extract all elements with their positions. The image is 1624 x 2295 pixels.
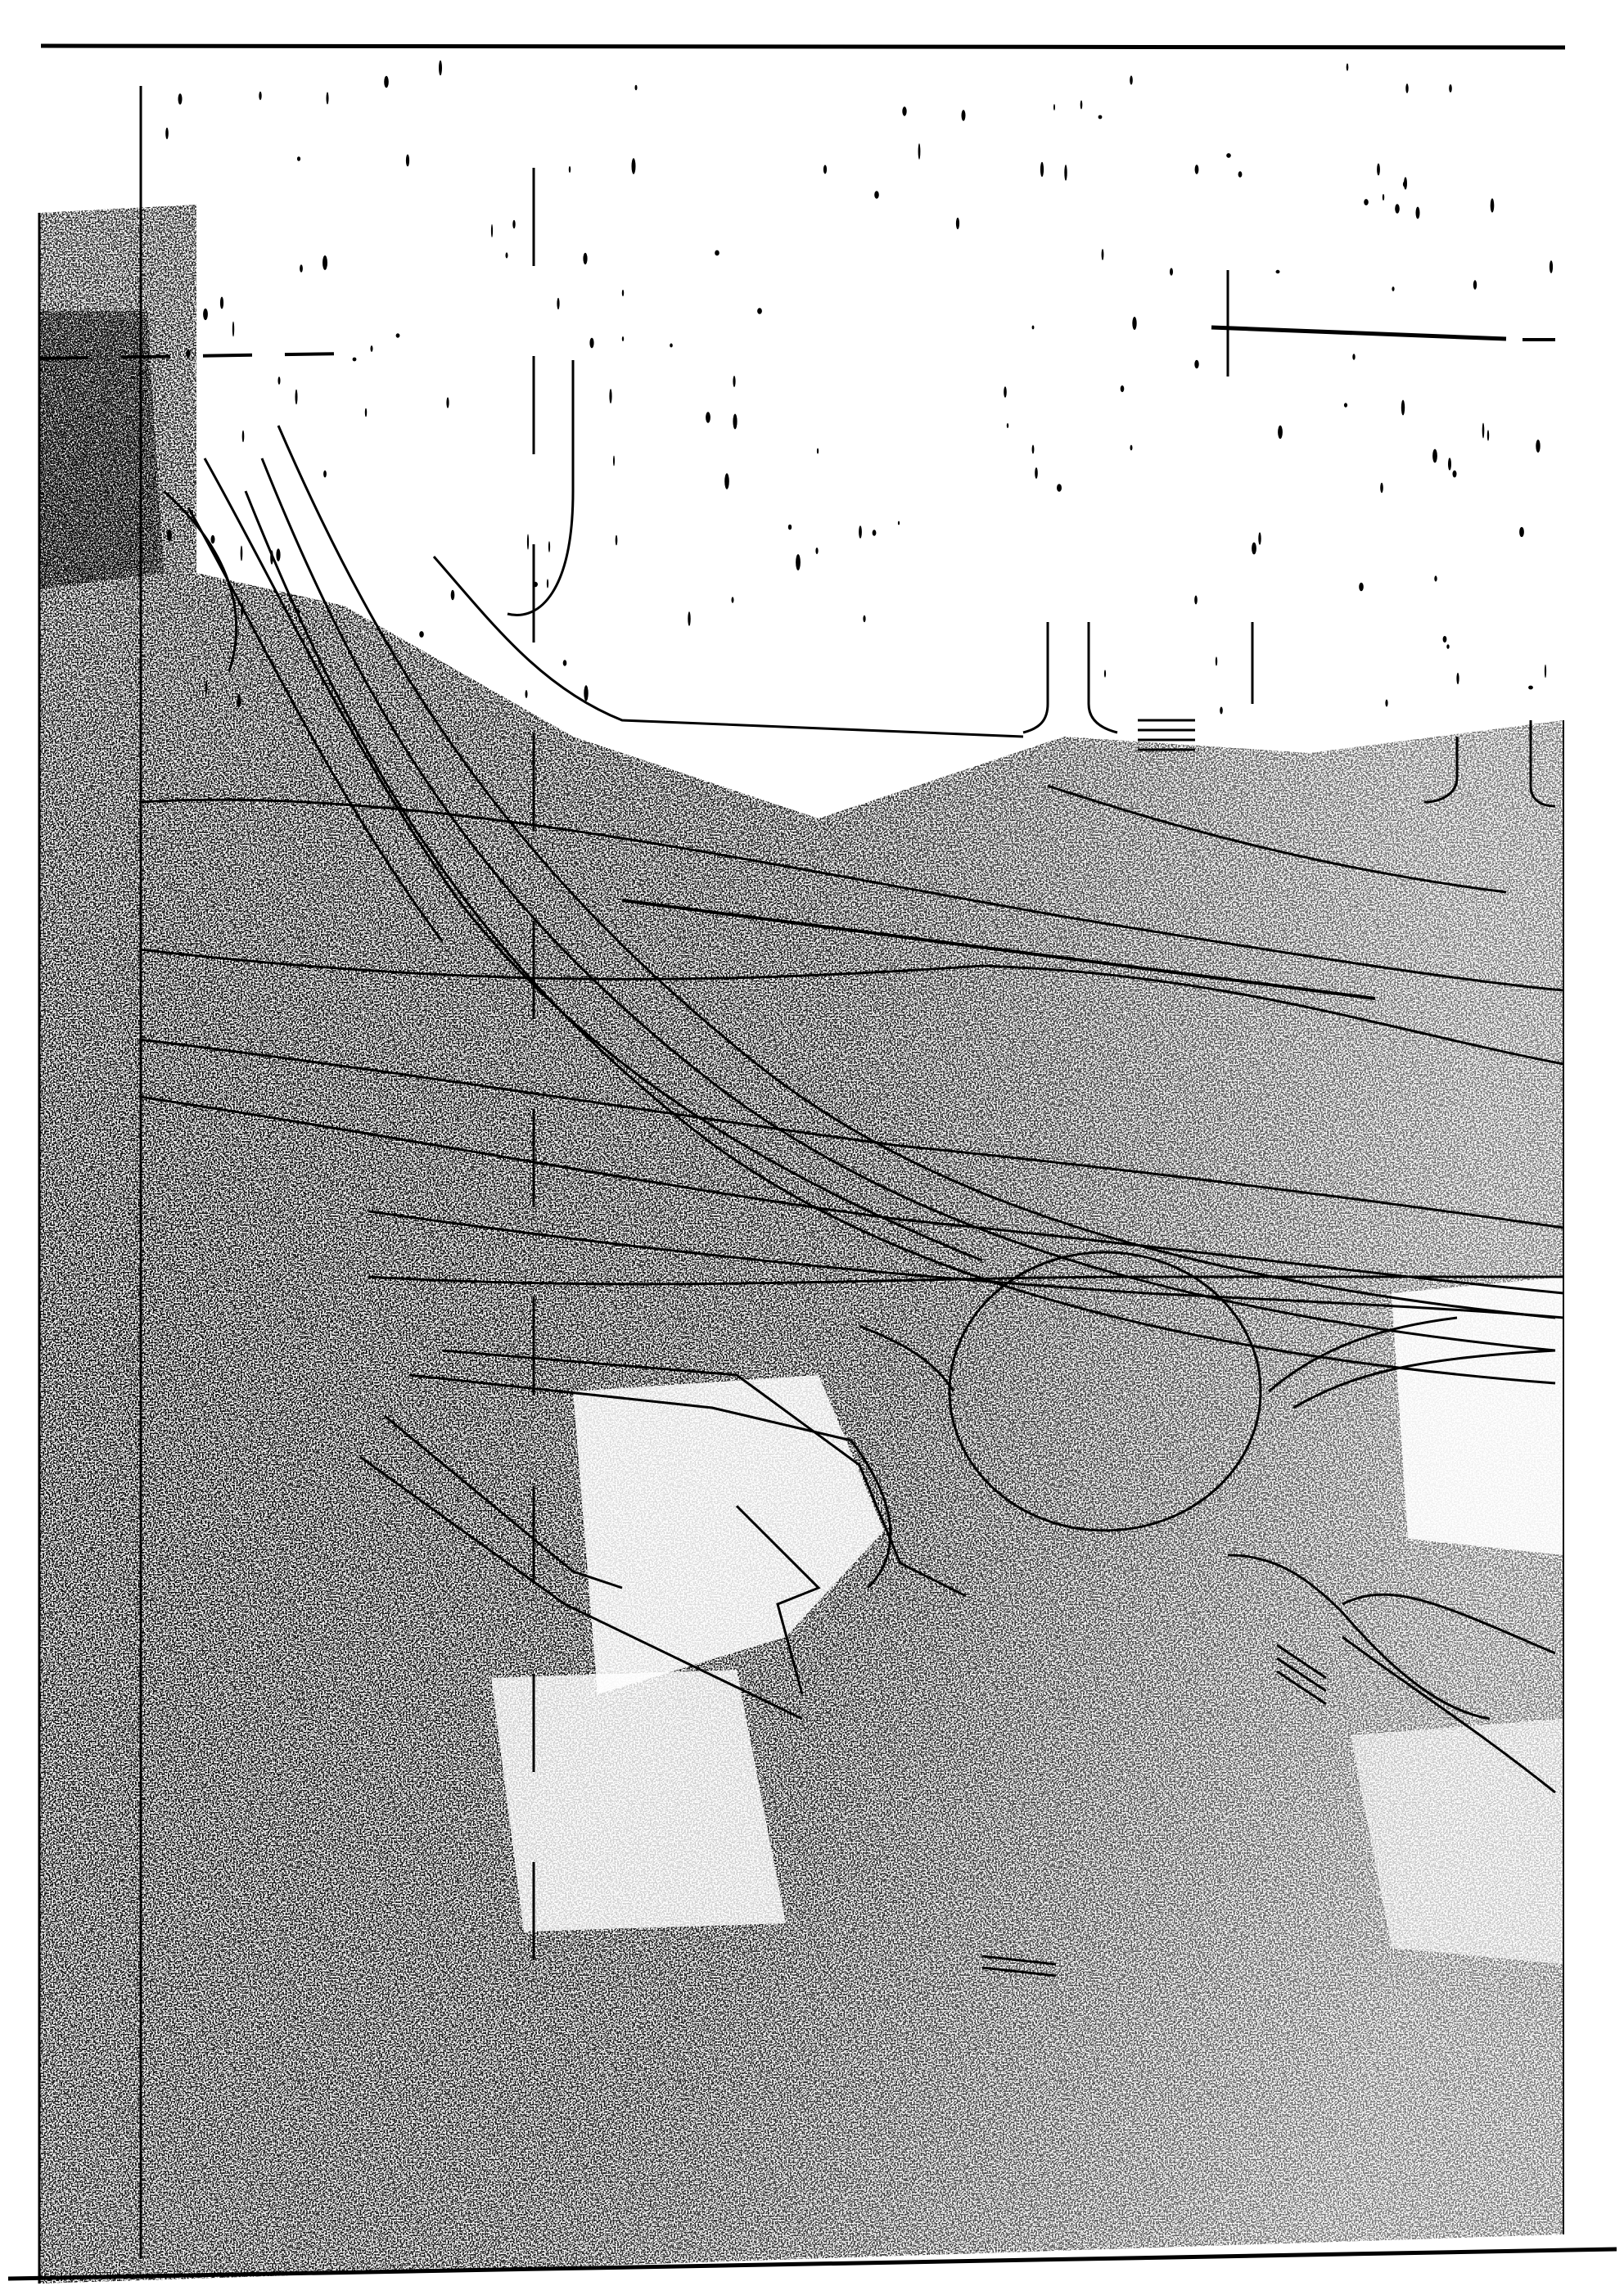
road-plan-drawing [0,0,1624,2295]
aerial-photo-texture [39,205,1563,2284]
plan-sheet [0,0,1624,2295]
scan-noise [165,61,1553,715]
